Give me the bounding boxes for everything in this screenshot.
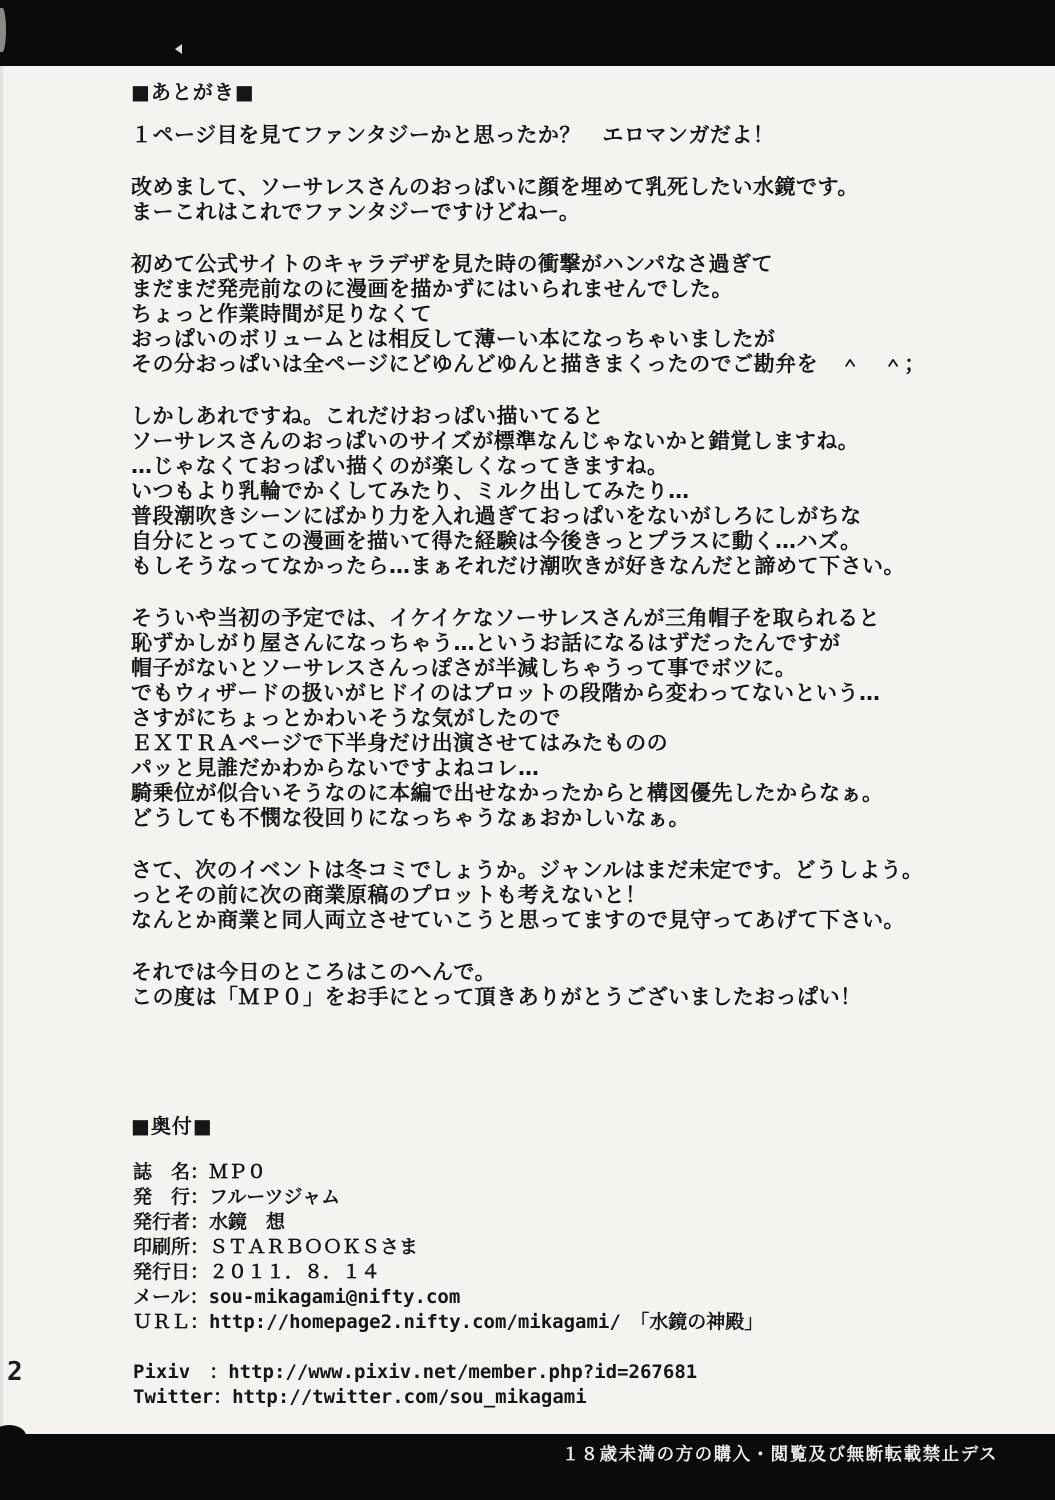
- afterword-heading: ■あとがき■: [131, 80, 1031, 105]
- afterword-paragraph-2: 改めまして、ソーサレスさんのおっぱいに顔を埋めて乳死したい水鏡です。 まーこれは…: [131, 175, 1031, 225]
- bottom-border-bar: １８歳未満の方の購入・閲覧及び無断転載禁止デス: [0, 1434, 1055, 1500]
- scan-bump-artifact: [0, 1425, 26, 1447]
- age-restriction-notice: １８歳未満の方の購入・閲覧及び無断転載禁止デス: [562, 1441, 998, 1466]
- scanned-afterword-page: ■あとがき■ １ページ目を見てファンタジーかと思ったか？ エロマンガだよ！ 改め…: [0, 0, 1055, 1500]
- colophon-heading: ■奥付■: [131, 1114, 213, 1139]
- scan-tear-artifact: [0, 8, 6, 52]
- colophon-title-line: 誌 名：ＭＰ０: [133, 1160, 763, 1185]
- afterword-paragraph-6: さて、次のイベントは冬コミでしょうか。ジャンルはまだ未定です。どうしよう。 っと…: [131, 858, 1031, 933]
- colophon-url-line: ＵＲＬ：http://homepage2.nifty.com/mikagami/…: [133, 1310, 763, 1335]
- scan-speck-artifact: [168, 44, 182, 54]
- afterword-paragraph-7: それでは今日のところはこのへんで。 この度は「ＭＰ０」をお手にとって頂きありがと…: [131, 960, 1031, 1010]
- afterword-paragraph-3: 初めて公式サイトのキャラデザを見た時の衝撃がハンパなさ過ぎて まだまだ発売前なの…: [131, 252, 1031, 377]
- colophon-author-line: 発行者：水鏡 想: [133, 1210, 763, 1235]
- colophon-circle-line: 発 行：フルーツジャム: [133, 1185, 763, 1210]
- colophon-section: 誌 名：ＭＰ０ 発 行：フルーツジャム 発行者：水鏡 想 印刷所：ＳＴＡＲＢＯＯ…: [133, 1160, 763, 1335]
- pixiv-url-line: Pixiv ：http://www.pixiv.net/member.php?i…: [133, 1360, 697, 1385]
- top-border-bar: [0, 0, 1055, 66]
- afterword-paragraph-4: しかしあれですね。これだけおっぱい描いてると ソーサレスさんのおっぱいのサイズが…: [131, 404, 1031, 579]
- page-left-edge-shade: [0, 66, 3, 1434]
- external-links-section: Pixiv ：http://www.pixiv.net/member.php?i…: [133, 1360, 697, 1410]
- page-number: 2: [7, 1355, 23, 1389]
- colophon-email-line: メール：sou-mikagami@nifty.com: [133, 1285, 763, 1310]
- afterword-section: ■あとがき■ １ページ目を見てファンタジーかと思ったか？ エロマンガだよ！ 改め…: [131, 80, 1031, 1037]
- afterword-paragraph-1: １ページ目を見てファンタジーかと思ったか？ エロマンガだよ！: [131, 123, 1031, 148]
- colophon-date-line: 発行日：２０１１．８．１４: [133, 1260, 763, 1285]
- colophon-printer-line: 印刷所：ＳＴＡＲＢＯＯＫＳさま: [133, 1235, 763, 1260]
- twitter-url-line: Twitter：http://twitter.com/sou_mikagami: [133, 1385, 697, 1410]
- afterword-paragraph-5: そういや当初の予定では、イケイケなソーサレスさんが三角帽子を取られると 恥ずかし…: [131, 606, 1031, 831]
